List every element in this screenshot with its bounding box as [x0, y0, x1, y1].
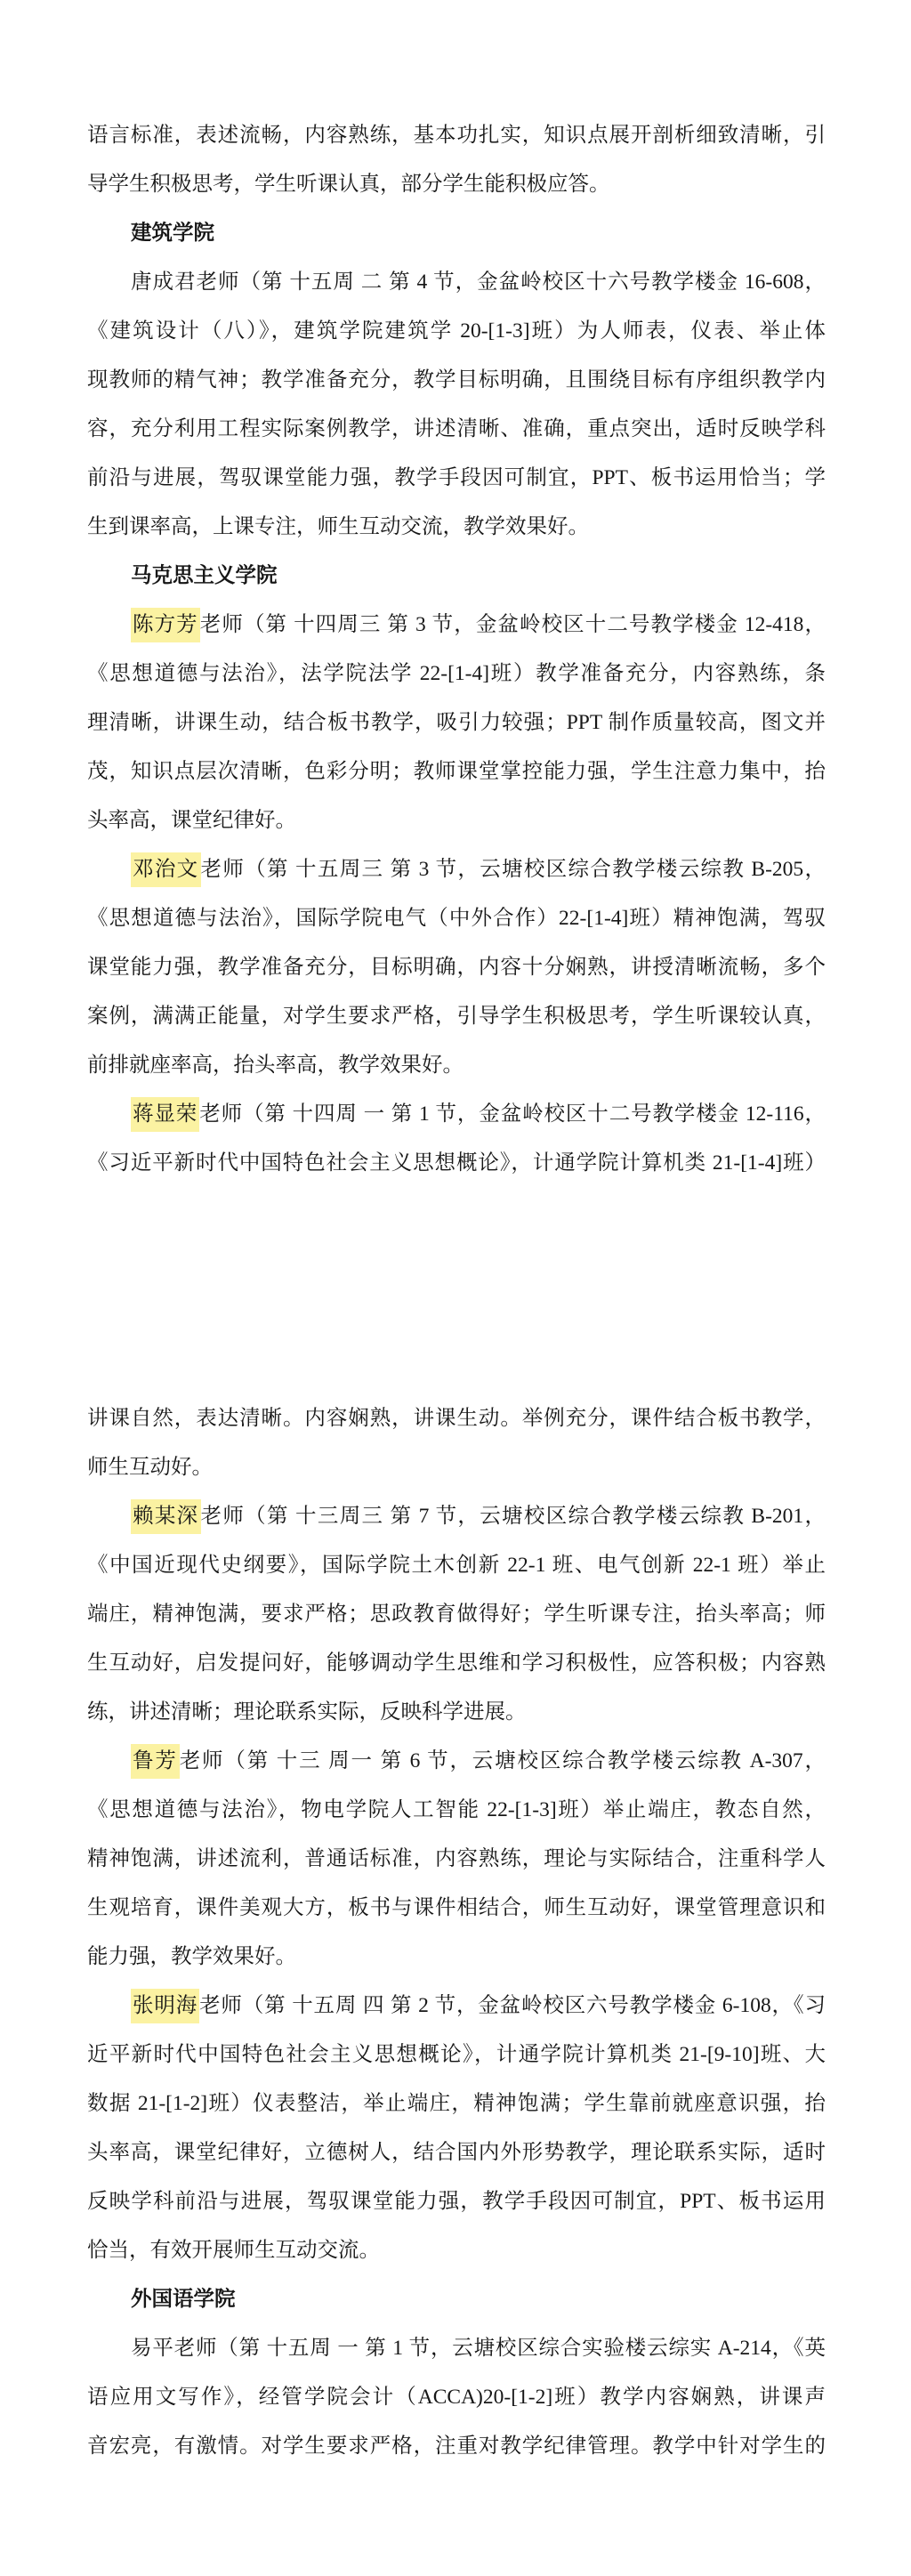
text-line: 练，讲述清晰；理论联系实际，反映科学进展。: [87, 1688, 826, 1737]
text-run: 端庄，精神饱满，要求严格；思政教育做得好；学生听课专注，抬头率高；师: [87, 1603, 826, 1626]
text-run: 《思想道德与法治》，法学院法学 22-[1-4]班）教学准备充分，内容熟练，条: [87, 662, 826, 685]
text-run: 音宏亮，有激情。对学生要求严格，注重对教学纪律管理。教学中针对学生的: [87, 2435, 826, 2458]
text-run: 《思想道德与法治》，国际学院电气（中外合作）22-[1-4]班）精神饱满，驾驭: [87, 907, 826, 930]
text-line: 近平新时代中国特色社会主义思想概论》，计通学院计算机类 21-[9-10]班、大: [87, 2031, 826, 2079]
section-heading-label: 外国语学院: [131, 2288, 236, 2311]
text-line: 《思想道德与法治》，法学院法学 22-[1-4]班）教学准备充分，内容熟练，条: [87, 650, 826, 699]
section-heading-label: 马克思主义学院: [131, 564, 278, 587]
text-run: 茂，知识点层次清晰，色彩分明；教师课堂掌控能力强，学生注意力集中，抬: [87, 760, 826, 783]
text-line: 茂，知识点层次清晰，色彩分明；教师课堂掌控能力强，学生注意力集中，抬: [87, 747, 826, 796]
text-run: 生互动好，启发提问好，能够调动学生思维和学习积极性，应答积极；内容熟: [87, 1651, 826, 1675]
text-run: 老师（第 十五周三 第 3 节，云塘校区综合教学楼云综教 B-205，: [201, 858, 826, 881]
section-heading: 建筑学院: [87, 209, 826, 258]
text-line: 邓治文老师（第 十五周三 第 3 节，云塘校区综合教学楼云综教 B-205，: [87, 845, 826, 894]
text-line: 鲁芳老师（第 十三 周一 第 6 节，云塘校区综合教学楼云综教 A-307，: [87, 1737, 826, 1786]
text-run: 练，讲述清晰；理论联系实际，反映科学进展。: [87, 1700, 527, 1724]
text-line: 生观培育，课件美观大方，板书与课件相结合，师生互动好，课堂管理意识和: [87, 1884, 826, 1933]
text-run: 数据 21-[1-2]班）仪表整洁，举止端庄，精神饱满；学生靠前就座意识强，抬: [87, 2092, 826, 2115]
text-run: 《中国近现代史纲要》，国际学院土木创新 22-1 班、电气创新 22-1 班）举…: [87, 1554, 826, 1577]
text-run: 课堂能力强，教学准备充分，目标明确，内容十分娴熟，讲授清晰流畅，多个: [87, 956, 826, 979]
text-line: 头率高，课堂纪律好。: [87, 796, 826, 845]
text-line: 《思想道德与法治》，国际学院电气（中外合作）22-[1-4]班）精神饱满，驾驭: [87, 894, 826, 943]
highlighted-teacher-name: 陈方芳: [131, 608, 200, 642]
text-line: 理清晰，讲课生动，结合板书教学，吸引力较强；PPT 制作质量较高，图文并: [87, 699, 826, 747]
text-run: 唐成君老师（第 十五周 二 第 4 节，金盆岭校区十六号教学楼金 16-608，: [131, 271, 826, 294]
paragraph: 张明海老师（第 十五周 四 第 2 节，金盆岭校区六号教学楼金 6-108，《习…: [87, 1982, 826, 2275]
text-line: 张明海老师（第 十五周 四 第 2 节，金盆岭校区六号教学楼金 6-108，《习: [87, 1982, 826, 2031]
text-line: 能力强，教学效果好。: [87, 1933, 826, 1982]
text-run: 老师（第 十三 周一 第 6 节，云塘校区综合教学楼云综教 A-307，: [180, 1749, 826, 1773]
text-line: 数据 21-[1-2]班）仪表整洁，举止端庄，精神饱满；学生靠前就座意识强，抬: [87, 2079, 826, 2128]
text-line: 唐成君老师（第 十五周 二 第 4 节，金盆岭校区十六号教学楼金 16-608，: [87, 258, 826, 307]
text-run: 《建筑设计（八）》，建筑学院建筑学 20-[1-3]班）为人师表，仪表、举止体: [87, 319, 826, 343]
text-line: 生到课率高，上课专注，师生互动交流，教学效果好。: [87, 503, 826, 552]
text-line: 端庄，精神饱满，要求严格；思政教育做得好；学生听课专注，抬头率高；师: [87, 1590, 826, 1639]
section-heading: 马克思主义学院: [87, 552, 826, 601]
text-line: 师生互动好。: [87, 1443, 826, 1492]
text-run: 前排就座率高，抬头率高，教学效果好。: [87, 1054, 464, 1077]
paragraph: 语言标准，表述流畅，内容熟练，基本功扎实，知识点展开剖析细致清晰，引导学生积极思…: [87, 111, 826, 209]
text-line: 恰当，有效开展师生互动交流。: [87, 2226, 826, 2275]
text-line: 《思想道德与法治》，物电学院人工智能 22-[1-3]班）举止端庄，教态自然，: [87, 1786, 826, 1835]
text-run: 《习近平新时代中国特色社会主义思想概论》，计通学院计算机类 21-[1-4]班）: [87, 1151, 826, 1175]
text-line: 生互动好，启发提问好，能够调动学生思维和学习积极性，应答积极；内容熟: [87, 1639, 826, 1688]
text-line: 《习近平新时代中国特色社会主义思想概论》，计通学院计算机类 21-[1-4]班）: [87, 1139, 826, 1188]
text-run: 案例，满满正能量，对学生要求严格，引导学生积极思考，学生听课较认真，: [87, 1005, 826, 1028]
paragraph: 鲁芳老师（第 十三 周一 第 6 节，云塘校区综合教学楼云综教 A-307，《思…: [87, 1737, 826, 1982]
paragraph: 邓治文老师（第 十五周三 第 3 节，云塘校区综合教学楼云综教 B-205，《思…: [87, 845, 826, 1090]
text-line: 精神饱满，讲述流利，普通话标准，内容熟练，理论与实际结合，注重科学人: [87, 1835, 826, 1884]
paragraph: 易平老师（第 十五周 一 第 1 节，云塘校区综合实验楼云综实 A-214，《英…: [87, 2324, 826, 2471]
text-run: 讲课自然，表达清晰。内容娴熟，讲课生动。举例充分，课件结合板书教学，: [87, 1407, 826, 1430]
section-heading: 外国语学院: [87, 2275, 826, 2324]
paragraph: 赖某深老师（第 十三周三 第 7 节，云塘校区综合教学楼云综教 B-201，《中…: [87, 1492, 826, 1737]
text-line: 《建筑设计（八）》，建筑学院建筑学 20-[1-3]班）为人师表，仪表、举止体: [87, 307, 826, 356]
text-run: 老师（第 十四周三 第 3 节，金盆岭校区十二号教学楼金 12-418，: [200, 613, 826, 636]
section-heading-label: 建筑学院: [131, 222, 214, 245]
text-run: 导学生积极思考，学生听课认真，部分学生能积极应答。: [87, 173, 610, 196]
text-run: 容，充分利用工程实际案例教学，讲述清晰、准确，重点突出，适时反映学科: [87, 417, 826, 440]
text-run: 现教师的精气神；教学准备充分，教学目标明确，且围绕目标有序组织教学内: [87, 368, 826, 392]
text-run: 能力强，教学效果好。: [87, 1945, 296, 1968]
text-run: 《思想道德与法治》，物电学院人工智能 22-[1-3]班）举止端庄，教态自然，: [87, 1798, 826, 1821]
text-line: 前排就座率高，抬头率高，教学效果好。: [87, 1041, 826, 1090]
paragraph: 蒋显荣老师（第 十四周 一 第 1 节，金盆岭校区十二号教学楼金 12-116，…: [87, 1090, 826, 1188]
text-line: 语言标准，表述流畅，内容熟练，基本功扎实，知识点展开剖析细致清晰，引: [87, 111, 826, 160]
text-line: 课堂能力强，教学准备充分，目标明确，内容十分娴熟，讲授清晰流畅，多个: [87, 943, 826, 992]
highlighted-teacher-name: 蒋显荣: [131, 1097, 199, 1132]
text-run: 易平老师（第 十五周 一 第 1 节，云塘校区综合实验楼云综实 A-214，《英: [131, 2337, 826, 2360]
text-run: 前沿与进展，驾驭课堂能力强，教学手段因可制宜，PPT、板书运用恰当；学: [87, 466, 826, 489]
paragraph: 讲课自然，表达清晰。内容娴熟，讲课生动。举例充分，课件结合板书教学，师生互动好。: [87, 1394, 826, 1492]
text-line: 现教师的精气神；教学准备充分，教学目标明确，且围绕目标有序组织教学内: [87, 356, 826, 405]
text-run: 恰当，有效开展师生互动交流。: [87, 2239, 380, 2262]
text-line: 赖某深老师（第 十三周三 第 7 节，云塘校区综合教学楼云综教 B-201，: [87, 1492, 826, 1541]
text-run: 生到课率高，上课专注，师生互动交流，教学效果好。: [87, 515, 589, 538]
text-run: 精神饱满，讲述流利，普通话标准，内容熟练，理论与实际结合，注重科学人: [87, 1847, 826, 1870]
text-line: 语应用文写作》，经管学院会计（ACCA)20-[1-2]班）教学内容娴熟，讲课声: [87, 2373, 826, 2422]
text-run: 近平新时代中国特色社会主义思想概论》，计通学院计算机类 21-[9-10]班、大: [87, 2043, 826, 2066]
text-run: 头率高，课堂纪律好，立德树人，结合国内外形势教学，理论联系实际，适时: [87, 2141, 826, 2164]
text-line: 蒋显荣老师（第 十四周 一 第 1 节，金盆岭校区十二号教学楼金 12-116，: [87, 1090, 826, 1139]
text-run: 语应用文写作》，经管学院会计（ACCA)20-[1-2]班）教学内容娴熟，讲课声: [87, 2386, 826, 2409]
text-run: 生观培育，课件美观大方，板书与课件相结合，师生互动好，课堂管理意识和: [87, 1896, 826, 1919]
document-page: 语言标准，表述流畅，内容熟练，基本功扎实，知识点展开剖析细致清晰，引导学生积极思…: [0, 0, 911, 2576]
text-run: 师生互动好。: [87, 1456, 213, 1479]
paragraph: 唐成君老师（第 十五周 二 第 4 节，金盆岭校区十六号教学楼金 16-608，…: [87, 258, 826, 552]
text-run: 反映学科前沿与进展，驾驭课堂能力强，教学手段因可制宜，PPT、板书运用: [87, 2190, 826, 2213]
text-line: 反映学科前沿与进展，驾驭课堂能力强，教学手段因可制宜，PPT、板书运用: [87, 2177, 826, 2226]
text-line: 音宏亮，有激情。对学生要求严格，注重对教学纪律管理。教学中针对学生的: [87, 2422, 826, 2471]
text-line: 易平老师（第 十五周 一 第 1 节，云塘校区综合实验楼云综实 A-214，《英: [87, 2324, 826, 2373]
text-run: 老师（第 十四周 一 第 1 节，金盆岭校区十二号教学楼金 12-116，: [199, 1102, 826, 1126]
highlighted-teacher-name: 张明海: [131, 1989, 199, 2023]
text-line: 《中国近现代史纲要》，国际学院土木创新 22-1 班、电气创新 22-1 班）举…: [87, 1541, 826, 1590]
highlighted-teacher-name: 鲁芳: [131, 1744, 180, 1779]
text-line: 陈方芳老师（第 十四周三 第 3 节，金盆岭校区十二号教学楼金 12-418，: [87, 601, 826, 650]
highlighted-teacher-name: 赖某深: [131, 1499, 201, 1534]
text-line: 案例，满满正能量，对学生要求严格，引导学生积极思考，学生听课较认真，: [87, 992, 826, 1041]
text-line: 容，充分利用工程实际案例教学，讲述清晰、准确，重点突出，适时反映学科: [87, 405, 826, 454]
highlighted-teacher-name: 邓治文: [131, 852, 201, 887]
paragraph: 陈方芳老师（第 十四周三 第 3 节，金盆岭校区十二号教学楼金 12-418，《…: [87, 601, 826, 845]
text-run: 语言标准，表述流畅，内容熟练，基本功扎实，知识点展开剖析细致清晰，引: [87, 124, 826, 147]
text-line: 前沿与进展，驾驭课堂能力强，教学手段因可制宜，PPT、板书运用恰当；学: [87, 454, 826, 503]
text-line: 导学生积极思考，学生听课认真，部分学生能积极应答。: [87, 160, 826, 209]
text-line: 讲课自然，表达清晰。内容娴熟，讲课生动。举例充分，课件结合板书教学，: [87, 1394, 826, 1443]
text-run: 老师（第 十五周 四 第 2 节，金盆岭校区六号教学楼金 6-108，《习: [199, 1994, 826, 2017]
text-run: 老师（第 十三周三 第 7 节，云塘校区综合教学楼云综教 B-201，: [201, 1505, 826, 1528]
text-line: 头率高，课堂纪律好，立德树人，结合国内外形势教学，理论联系实际，适时: [87, 2128, 826, 2177]
text-run: 理清晰，讲课生动，结合板书教学，吸引力较强；PPT 制作质量较高，图文并: [87, 711, 826, 734]
text-run: 头率高，课堂纪律好。: [87, 809, 296, 832]
